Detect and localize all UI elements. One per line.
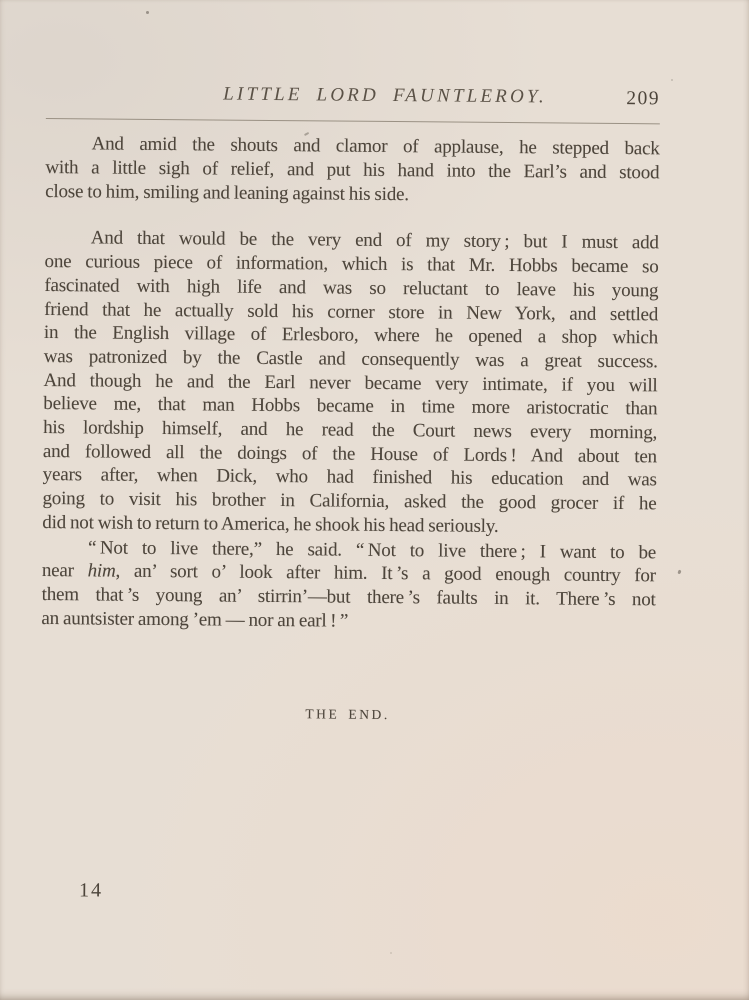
body-text: And amid the shouts and clamor of applau… xyxy=(41,132,659,635)
text-segment: And though he and the Earl never became … xyxy=(43,370,657,396)
text-segment: And that would be the very end of my sto… xyxy=(91,228,659,254)
text-segment: did not wish to return to America, he sh… xyxy=(42,512,498,537)
page-content: LITTLE LORD FAUNTLEROY. 209 And amid the… xyxy=(38,0,661,1000)
text-segment: , an’ sort o’ look after him. It ’s a go… xyxy=(115,561,656,587)
italic-text: him xyxy=(88,561,116,582)
paragraph: “ Not to live there,” he said. “ Not to … xyxy=(41,536,656,636)
paper-speck xyxy=(390,952,392,954)
page-number: 209 xyxy=(626,88,660,110)
text-segment: in the English village of Erlesboro, whe… xyxy=(44,322,658,348)
text-segment: an auntsister among ’em — nor an earl ! … xyxy=(41,608,348,632)
paper-speck xyxy=(671,79,673,81)
paper-speck xyxy=(146,11,149,14)
text-segment: was patronized by the Castle and consequ… xyxy=(44,346,658,372)
header-rule xyxy=(46,118,660,125)
paragraph: And amid the shouts and clamor of applau… xyxy=(45,132,660,208)
text-segment: fascinated with high life and was so rel… xyxy=(44,275,658,301)
running-title: LITTLE LORD FAUNTLEROY. xyxy=(78,82,692,109)
text-segment: and followed all the doings of the House… xyxy=(43,441,657,467)
the-end-label: THE END. xyxy=(41,704,655,725)
text-segment: “ Not to live there,” he said. “ Not to … xyxy=(88,537,656,563)
text-segment: believe me, that man Hobbs became in tim… xyxy=(43,393,657,419)
text-segment: one curious piece of information, which … xyxy=(44,251,658,277)
page-header: LITTLE LORD FAUNTLEROY. 209 xyxy=(46,82,660,111)
book-page: LITTLE LORD FAUNTLEROY. 209 And amid the… xyxy=(0,0,749,1000)
text-segment: near xyxy=(42,560,88,581)
text-segment: friend that he actually sold his corner … xyxy=(44,299,658,325)
text-segment: And amid the shouts and clamor of applau… xyxy=(92,134,660,160)
text-segment: with a little sigh of relief, and put hi… xyxy=(45,157,659,183)
paragraph: And that would be the very end of my sto… xyxy=(42,226,659,539)
text-segment: going to visit his brother in California… xyxy=(42,488,656,514)
text-segment: close to him, smiling and leaning agains… xyxy=(45,181,409,205)
signature-mark: 14 xyxy=(79,879,103,902)
paper-speck xyxy=(677,570,681,575)
text-segment: years after, when Dick, who had finished… xyxy=(43,464,657,490)
text-segment: them that ’s young an’ stirrin’—but ther… xyxy=(42,584,656,610)
text-segment: his lordship himself, and he read the Co… xyxy=(43,417,657,443)
